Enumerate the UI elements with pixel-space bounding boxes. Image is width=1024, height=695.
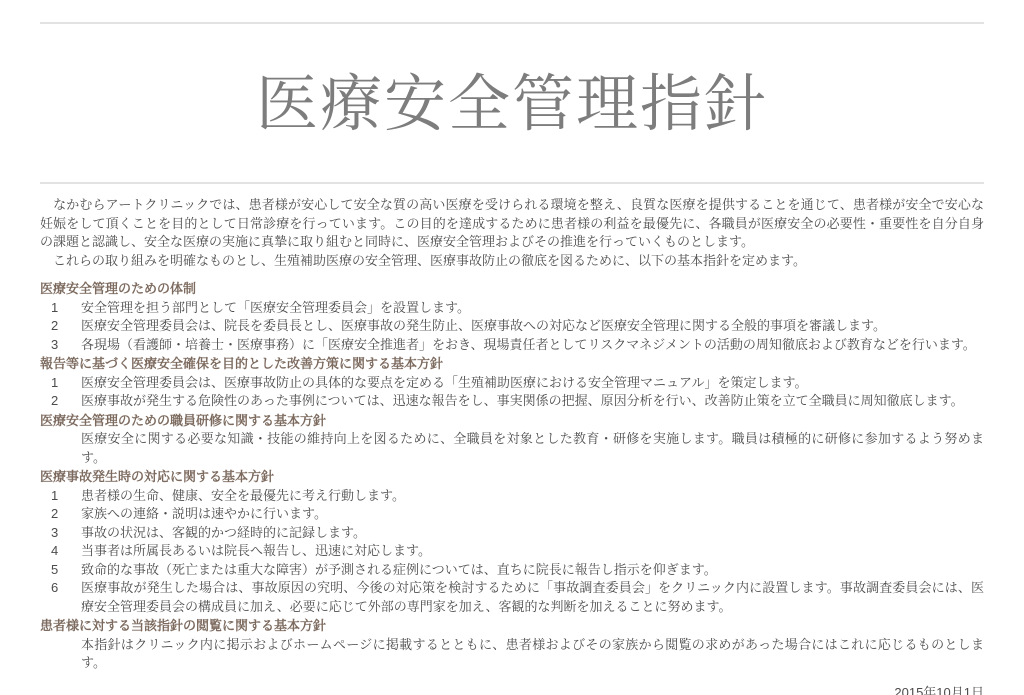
section-incident-response: 医療事故発生時の対応に関する基本方針 1 患者様の生命、健康、安全を最優先に考え… — [40, 468, 984, 616]
intro-paragraph-1: なかむらアートクリニックでは、患者様が安心して安全な質の高い医療を受けられる環境… — [40, 196, 984, 252]
item-text: 当事者は所属長あるいは院長へ報告し、迅速に対応します。 — [81, 542, 984, 561]
item-number: 4 — [51, 542, 81, 561]
section-safety-structure: 医療安全管理のための体制 1 安全管理を担う部門として「医療安全管理委員会」を設… — [40, 280, 984, 354]
list-item: 6 医療事故が発生した場合は、事故原因の究明、今後の対応策を検討するために「事故… — [40, 579, 984, 616]
item-number: 1 — [51, 374, 81, 393]
section-paragraph: 本指針はクリニック内に掲示およびホームページに掲載するとともに、患者様およびその… — [40, 636, 984, 673]
intro-block: なかむらアートクリニックでは、患者様が安心して安全な質の高い医療を受けられる環境… — [40, 196, 984, 270]
item-number: 1 — [51, 299, 81, 318]
item-text: 患者様の生命、健康、安全を最優先に考え行動します。 — [81, 487, 984, 506]
document-body: なかむらアートクリニックでは、患者様が安心して安全な質の高い医療を受けられる環境… — [40, 196, 984, 695]
section-staff-training: 医療安全管理のための職員研修に関する基本方針 医療安全に関する必要な知識・技能の… — [40, 412, 984, 468]
item-text: 家族への連絡・説明は速やかに行います。 — [81, 505, 984, 524]
page-title: 医療安全管理指針 — [40, 24, 984, 182]
item-text: 安全管理を担う部門として「医療安全管理委員会」を設置します。 — [81, 299, 984, 318]
item-number: 2 — [51, 505, 81, 524]
list-item: 2 医療安全管理委員会は、院長を委員長とし、医療事故の発生防止、医療事故への対応… — [40, 317, 984, 336]
list-item: 4 当事者は所属長あるいは院長へ報告し、迅速に対応します。 — [40, 542, 984, 561]
section-improvement-policy: 報告等に基づく医療安全確保を目的とした改善方策に関する基本方針 1 医療安全管理… — [40, 355, 984, 411]
item-number: 3 — [51, 524, 81, 543]
document-date: 2015年10月1日 — [40, 684, 984, 695]
intro-paragraph-2: これらの取り組みを明確なものとし、生殖補助医療の安全管理、医療事故防止の徹底を図… — [40, 252, 984, 271]
list-item: 5 致命的な事故（死亡または重大な障害）が予測される症例については、直ちに院長に… — [40, 561, 984, 580]
list-item: 1 患者様の生命、健康、安全を最優先に考え行動します。 — [40, 487, 984, 506]
section-paragraph: 医療安全に関する必要な知識・技能の維持向上を図るために、全職員を対象とした教育・… — [40, 430, 984, 467]
section-heading: 医療安全管理のための体制 — [40, 280, 984, 299]
section-heading: 報告等に基づく医療安全確保を目的とした改善方策に関する基本方針 — [40, 355, 984, 374]
item-text: 医療事故が発生する危険性のあった事例については、迅速な報告をし、事実関係の把握、… — [81, 392, 984, 411]
list-item: 1 安全管理を担う部門として「医療安全管理委員会」を設置します。 — [40, 299, 984, 318]
title-divider — [40, 182, 984, 184]
list-item: 2 医療事故が発生する危険性のあった事例については、迅速な報告をし、事実関係の把… — [40, 392, 984, 411]
item-text: 医療安全管理委員会は、医療事故防止の具体的な要点を定める「生殖補助医療における安… — [81, 374, 984, 393]
section-guideline-disclosure: 患者様に対する当該指針の閲覧に関する基本方針 本指針はクリニック内に掲示およびホ… — [40, 617, 984, 673]
section-heading: 医療安全管理のための職員研修に関する基本方針 — [40, 412, 984, 431]
item-number: 3 — [51, 336, 81, 355]
item-text: 医療安全管理委員会は、院長を委員長とし、医療事故の発生防止、医療事故への対応など… — [81, 317, 984, 336]
section-heading: 患者様に対する当該指針の閲覧に関する基本方針 — [40, 617, 984, 636]
list-item: 3 事故の状況は、客観的かつ経時的に記録します。 — [40, 524, 984, 543]
list-item: 2 家族への連絡・説明は速やかに行います。 — [40, 505, 984, 524]
item-text: 致命的な事故（死亡または重大な障害）が予測される症例については、直ちに院長に報告… — [81, 561, 984, 580]
document-page: 医療安全管理指針 なかむらアートクリニックでは、患者様が安心して安全な質の高い医… — [0, 0, 1024, 695]
item-number: 5 — [51, 561, 81, 580]
section-heading: 医療事故発生時の対応に関する基本方針 — [40, 468, 984, 487]
item-number: 2 — [51, 392, 81, 411]
item-text: 各現場（看護師・培養士・医療事務）に「医療安全推進者」をおき、現場責任者としてリ… — [81, 336, 984, 355]
item-number: 1 — [51, 487, 81, 506]
item-text: 医療事故が発生した場合は、事故原因の究明、今後の対応策を検討するために「事故調査… — [81, 579, 984, 616]
list-item: 3 各現場（看護師・培養士・医療事務）に「医療安全推進者」をおき、現場責任者とし… — [40, 336, 984, 355]
list-item: 1 医療安全管理委員会は、医療事故防止の具体的な要点を定める「生殖補助医療におけ… — [40, 374, 984, 393]
item-number: 2 — [51, 317, 81, 336]
item-number: 6 — [51, 579, 81, 616]
item-text: 事故の状況は、客観的かつ経時的に記録します。 — [81, 524, 984, 543]
